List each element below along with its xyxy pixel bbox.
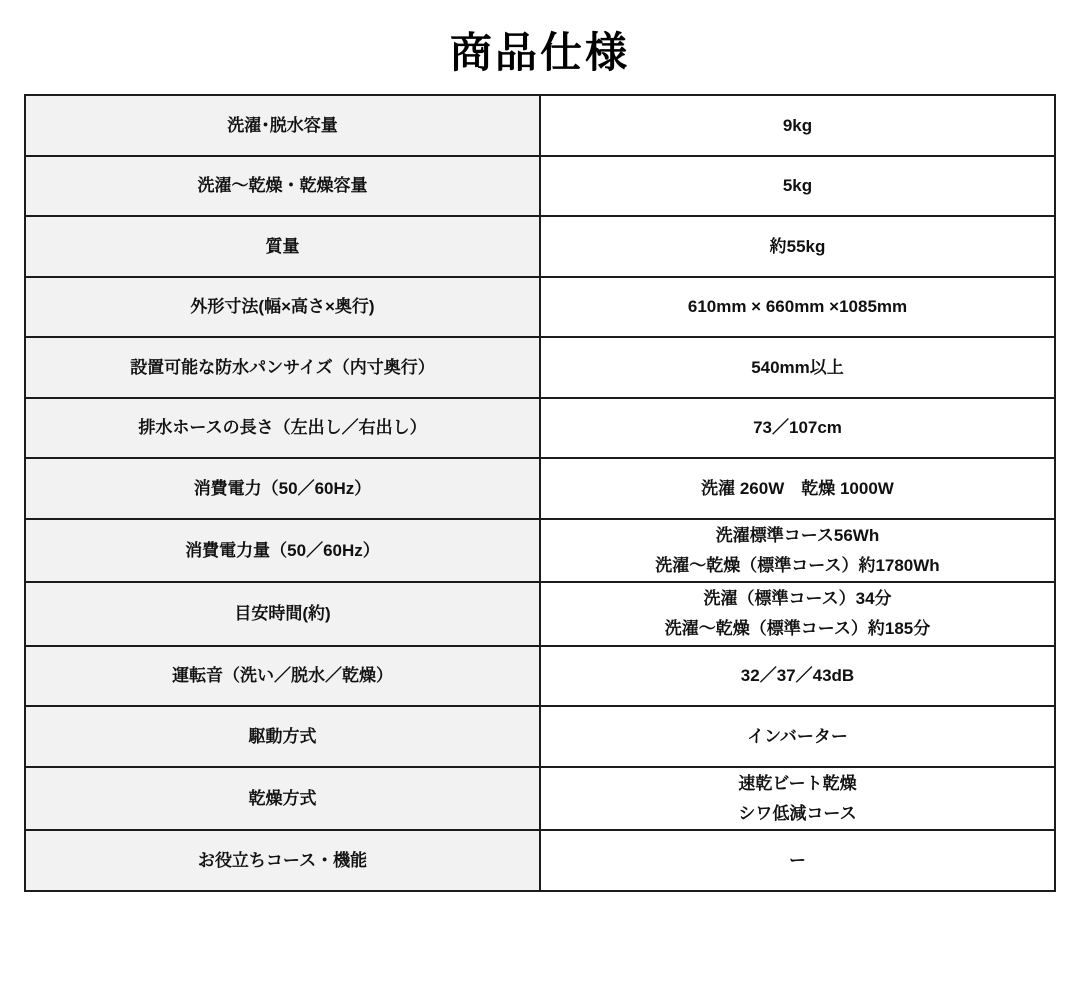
- spec-row: お役立ちコース・機能ー: [25, 830, 1055, 891]
- spec-row: 目安時間(約)洗濯（標準コース）34分 洗濯～乾燥（標準コース）約185分: [25, 582, 1055, 646]
- spec-row: 駆動方式インバーター: [25, 706, 1055, 767]
- spec-row: 運転音（洗い／脱水／乾燥）32／37／43dB: [25, 646, 1055, 707]
- page-title: 商品仕様: [0, 28, 1080, 78]
- spec-row: 質量約55kg: [25, 216, 1055, 277]
- spec-table: 洗濯･脱水容量9kg洗濯～乾燥・乾燥容量5kg質量約55kg外形寸法(幅×高さ×…: [24, 94, 1056, 892]
- spec-value: 32／37／43dB: [540, 646, 1055, 707]
- spec-value: ー: [540, 830, 1055, 891]
- spec-table-body: 洗濯･脱水容量9kg洗濯～乾燥・乾燥容量5kg質量約55kg外形寸法(幅×高さ×…: [25, 95, 1055, 891]
- spec-row: 洗濯･脱水容量9kg: [25, 95, 1055, 156]
- spec-label: 洗濯～乾燥・乾燥容量: [25, 156, 540, 217]
- spec-value: 約55kg: [540, 216, 1055, 277]
- spec-label: 乾燥方式: [25, 767, 540, 831]
- spec-value: 洗濯（標準コース）34分 洗濯～乾燥（標準コース）約185分: [540, 582, 1055, 646]
- spec-label: 目安時間(約): [25, 582, 540, 646]
- spec-row: 排水ホースの長さ（左出し／右出し）73／107cm: [25, 398, 1055, 459]
- spec-value: 540mm以上: [540, 337, 1055, 398]
- spec-value: 610mm × 660mm ×1085mm: [540, 277, 1055, 338]
- spec-label: お役立ちコース・機能: [25, 830, 540, 891]
- spec-value: 5kg: [540, 156, 1055, 217]
- spec-value: 洗濯標準コース56Wh 洗濯～乾燥（標準コース）約1780Wh: [540, 519, 1055, 583]
- spec-label: 質量: [25, 216, 540, 277]
- spec-value: 9kg: [540, 95, 1055, 156]
- spec-label: 消費電力量（50／60Hz）: [25, 519, 540, 583]
- spec-row: 消費電力（50／60Hz）洗濯 260W 乾燥 1000W: [25, 458, 1055, 519]
- spec-row: 乾燥方式速乾ビート乾燥 シワ低減コース: [25, 767, 1055, 831]
- spec-label: 外形寸法(幅×高さ×奥行): [25, 277, 540, 338]
- spec-label: 消費電力（50／60Hz）: [25, 458, 540, 519]
- spec-label: 駆動方式: [25, 706, 540, 767]
- spec-label: 洗濯･脱水容量: [25, 95, 540, 156]
- spec-row: 設置可能な防水パンサイズ（内寸奥行）540mm以上: [25, 337, 1055, 398]
- spec-label: 運転音（洗い／脱水／乾燥）: [25, 646, 540, 707]
- spec-value: 73／107cm: [540, 398, 1055, 459]
- spec-value: 洗濯 260W 乾燥 1000W: [540, 458, 1055, 519]
- spec-page: 商品仕様 洗濯･脱水容量9kg洗濯～乾燥・乾燥容量5kg質量約55kg外形寸法(…: [0, 0, 1080, 995]
- spec-row: 外形寸法(幅×高さ×奥行)610mm × 660mm ×1085mm: [25, 277, 1055, 338]
- spec-value: インバーター: [540, 706, 1055, 767]
- spec-value: 速乾ビート乾燥 シワ低減コース: [540, 767, 1055, 831]
- spec-label: 設置可能な防水パンサイズ（内寸奥行）: [25, 337, 540, 398]
- spec-row: 消費電力量（50／60Hz）洗濯標準コース56Wh 洗濯～乾燥（標準コース）約1…: [25, 519, 1055, 583]
- spec-row: 洗濯～乾燥・乾燥容量5kg: [25, 156, 1055, 217]
- spec-label: 排水ホースの長さ（左出し／右出し）: [25, 398, 540, 459]
